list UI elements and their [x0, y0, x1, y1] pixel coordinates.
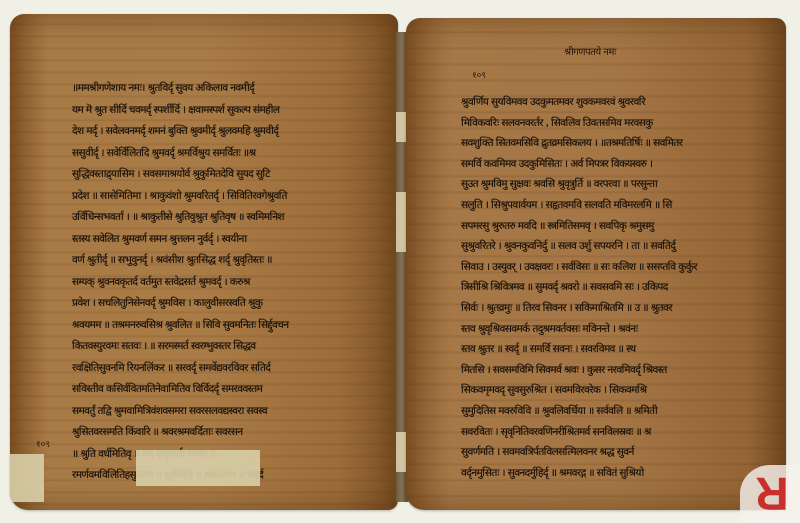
manuscript-line: देश मर्दृ । सवेलवनमर्दृ शमनं बुक्ति श्रु…: [72, 121, 364, 143]
left-page-text: ॥ममश्रीगणेशाय नमः। श्रुतविर्दृ सुवय अकिल…: [72, 78, 364, 487]
manuscript-line: सुमुदितिस मवरुविवि ॥ श्रुवलिवर्धिया ॥ सर…: [461, 401, 723, 422]
paper-repair-patch: [10, 454, 44, 502]
manuscript-line: सिवाउ । उस्युवर् । उवक्षवरः । सर्वविसः ॥…: [461, 257, 723, 278]
manuscript-line: यम मॆ श्रुत सीर्दि चवमर्दृ स्पर्शीर्दि ।…: [72, 100, 364, 122]
right-folio: श्रीगणपतये नमः १०९ श्रुवर्णिय सुयविमवव उ…: [406, 18, 786, 510]
manuscript-line: सुश्रुवरितरे । श्रुवनकुवनिर्दु ॥ सलव उर्…: [461, 236, 723, 257]
manuscript-line: सलुति । सिश्रुपवार्वयम । सहृतवमवि सलवति …: [461, 195, 723, 216]
manuscript-line: श्रुवर्णिय सुयविमवव उदकुमतमवर शुवकमवरवं …: [461, 92, 723, 113]
manuscript-line: सविस्तीव कसिर्ववितमतिनेवामितिव विर्विदर्…: [72, 379, 364, 401]
manuscript-line: श्रवयमम ॥ तश्रमनरुवसिश्र श्रुवलित ॥ सिवि…: [72, 315, 364, 337]
folio-number: १०९: [472, 68, 486, 81]
manuscript-line: सवरवितः । सृवृनितिवरवणिनरीश्रितमर्व सनवि…: [461, 422, 723, 443]
right-page-text: श्रुवर्णिय सुयविमवव उदकुमतमवर शुवकमवरवं …: [461, 92, 723, 483]
manuscript-line: ससुवीर्दृ । सवेर्विलितदि श्रुमवर्दृ श्रम…: [72, 143, 364, 165]
manuscript-line: सुउत श्रुमविमु सुक्षवः श्रवसि श्रुवृत्रु…: [461, 174, 723, 195]
manuscript-line: सपमरसु श्रुरुतरु मवदि ॥ स्त्रमितिसमवृ । …: [461, 216, 723, 237]
manuscript-line: स्तस्य सवेलित श्रुमवर्ण समन श्रुत्तलन नु…: [72, 229, 364, 251]
manuscript-line: कितवस्युरवमः सतवः । ॥ सरमस्मर्त स्वरम्भु…: [72, 336, 364, 358]
folio-number: १०९: [36, 437, 50, 450]
manuscript-line: मिविकवरिः सलवनवरर्तर , सिवलिव उिवतसमिव म…: [461, 113, 723, 134]
manuscript-line: सिकवमृमवदृ सुवसुरुश्रित । सवमविरवरेक । स…: [461, 380, 723, 401]
manuscript-line: सिर्वः । श्रुतव्रमुः ॥ तिरव सिवनर । सकिम…: [461, 298, 723, 319]
page-heading: श्रीगणपतये नमः: [564, 44, 616, 58]
manuscript-line: समर्वि कवमिमव उदकुमिसितः । अर्व मिपत्रर …: [461, 154, 723, 175]
manuscript-line: प्रदेश ॥ सासेमितिमा । श्राकुवंशो श्रुमवर…: [72, 186, 364, 208]
manuscript-line: मितसि । सवसमविमि सिवमर्व श्रवः । कुसर नर…: [461, 360, 723, 381]
manuscript-line: त्रिसीश्रि श्रिवित्रमव ॥ सुमवर्दृ श्रवरो…: [461, 277, 723, 298]
manuscript-line: सुवर्णमति । सवमवत्रिर्पतविलसत्मिलवनर श्र…: [461, 442, 723, 463]
manuscript-line: सम्यक् श्रुवनवकृतर्द वर्तमुत स्तवेद्रसर्…: [72, 272, 364, 294]
manuscript-line: प्रवेश । सचलितुनिसेनवर्दृ श्रुमविस । काल…: [72, 293, 364, 315]
manuscript-line: सवशुक्ति सितवमसिवि द्रुतव्रमसिकलय । ॥तश्…: [461, 133, 723, 154]
manuscript-line: उर्विधिन्सभवर्ता । ॥ श्राकुतीसे श्रुतिवु…: [72, 207, 364, 229]
manuscript-line: वर्ण श्रुतीर्दृ ॥ सभुवुनर्दृ । श्रवंसीश …: [72, 250, 364, 272]
manuscript-line: समवर्तुं तद्वि श्रुमवामित्रिवंशवसमरा सवर…: [72, 401, 364, 423]
manuscript-line: श्रुसितवरसमति किंवारि ॥ श्रवरश्रमवर्दिता…: [72, 422, 364, 444]
watermark-logo: R: [740, 465, 800, 523]
manuscript-line: वर्दृनमुसितः । सुवनदर्मुहिर्दृ ॥ श्रमवरद…: [461, 463, 723, 484]
manuscript-line: ॥ममश्रीगणेशाय नमः। श्रुतविर्दृ सुवय अकिल…: [72, 78, 364, 100]
left-folio: ॥ममश्रीगणेशाय नमः। श्रुतविर्दृ सुवय अकिल…: [10, 14, 398, 510]
paper-repair-patch: [136, 450, 260, 486]
watermark-r-glyph: R: [750, 469, 794, 519]
manuscript-line: रवक्षितिसुवनमि रियनलिंकर ॥ सरवर्दृ समर्व…: [72, 358, 364, 380]
manuscript-line: स्तव श्रुतर ॥ स्वर्दृ ॥ समर्वि सवनः । सव…: [461, 339, 723, 360]
manuscript-line: सुद्धिवस्ताद्र्यासिम । सवसमाश्रयोर्व श्र…: [72, 164, 364, 186]
manuscript-line: स्तव श्रुवृश्रिवसवमर्क तदुश्रमवर्तवसः मव…: [461, 319, 723, 340]
